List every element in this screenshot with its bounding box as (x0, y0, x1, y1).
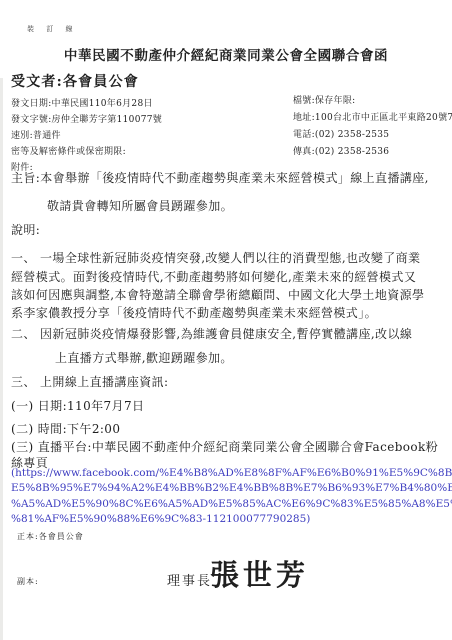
document-title: 中華民國不動產仲介經紀商業同業公會全國聯合會函 (0, 44, 452, 64)
paragraph-1-line-1: 一、 一場全球性新冠肺炎疫情突發,改變人們以往的消費型態,也改變了商業 (11, 249, 420, 266)
explanation-heading: 說明: (11, 221, 40, 238)
facebook-url-line-2[interactable]: E5%8B%95%E7%94%A2%E4%BB%B2%E4%BB%8B%E7%B… (11, 482, 452, 494)
facebook-url-line-3[interactable]: %A5%AD%E5%90%8C%E6%A5%AD%E5%85%AC%E6%9C%… (11, 498, 452, 510)
meta-file-number: 檔號:保存年限: (293, 93, 355, 106)
footer-cc-copy: 副本: (17, 576, 39, 587)
lecture-platform-line-1: (三) 直播平台:中華民國不動產仲介經紀商業同業公會全國聯合會Facebook粉 (11, 438, 438, 455)
meta-speed: 速別:普通件 (11, 128, 61, 141)
subject-line-2: 敬請貴會轉知所屬會員踴躍參加。 (47, 197, 233, 214)
binding-line-label: 裝 訂 線 (27, 24, 77, 34)
paragraph-2-line-2: 上直播方式舉辦,歡迎踴躍參加。 (55, 349, 233, 366)
paragraph-1-line-3: 該如何因應與調整,本會特邀請全聯會學術總顧問、中國文化大學土地資源學 (11, 286, 424, 303)
chairman-title: 理事長 (167, 570, 212, 589)
paragraph-3-heading: 三、 上開線上直播講座資訊: (11, 373, 168, 390)
scanned-official-letter: 裝 訂 線 中華民國不動產仲介經紀商業同業公會全國聯合會函 受文者:各會員公會 … (0, 0, 452, 640)
subject-line-1: 主旨:本會舉辦「後疫情時代不動產趨勢與產業未來經營模式」線上直播講座, (11, 169, 429, 186)
footer-original-copy: 正本:各會員公會 (17, 531, 84, 542)
meta-fax: 傳真:(02) 2358-2536 (293, 144, 389, 157)
facebook-url-line-4[interactable]: %81%AF%E5%90%88%E6%9C%83-112100077790285… (11, 513, 310, 525)
facebook-url-line-1[interactable]: (https://www.facebook.com/%E4%B8%AD%E8%8… (11, 467, 452, 479)
lecture-date-item: (一) 日期:110年7月7日 (11, 397, 144, 414)
recipient-line: 受文者:各會員公會 (11, 71, 139, 91)
meta-address: 地址:100台北市中正區北平東路20號7樓 (293, 110, 452, 123)
lecture-time-item: (二) 時間:下午2:00 (11, 420, 120, 437)
paragraph-1-line-4: 系李家儂教授分享「後疫情時代不動產趨勢與產業未來經營模式」。 (11, 304, 377, 321)
scan-edge-shadow (0, 78, 3, 640)
meta-security: 密等及解密條件或保密期限: (11, 144, 126, 157)
paragraph-2-line-1: 二、 因新冠肺炎疫情爆發影響,為維護會員健康安全,暫停實體講座,改以線 (11, 325, 412, 342)
meta-issue-date: 發文日期:中華民國110年6月28日 (11, 96, 153, 109)
meta-phone: 電話:(02) 2358-2535 (293, 127, 389, 140)
meta-doc-number: 發文字號:房仲全聯芳字第110077號 (11, 112, 162, 125)
chairman-name: 張世芳 (210, 553, 309, 594)
paragraph-1-line-2: 經營模式。面對後疫情時代,不動產趨勢將如何變化,產業未來的經營模式又 (11, 268, 416, 285)
